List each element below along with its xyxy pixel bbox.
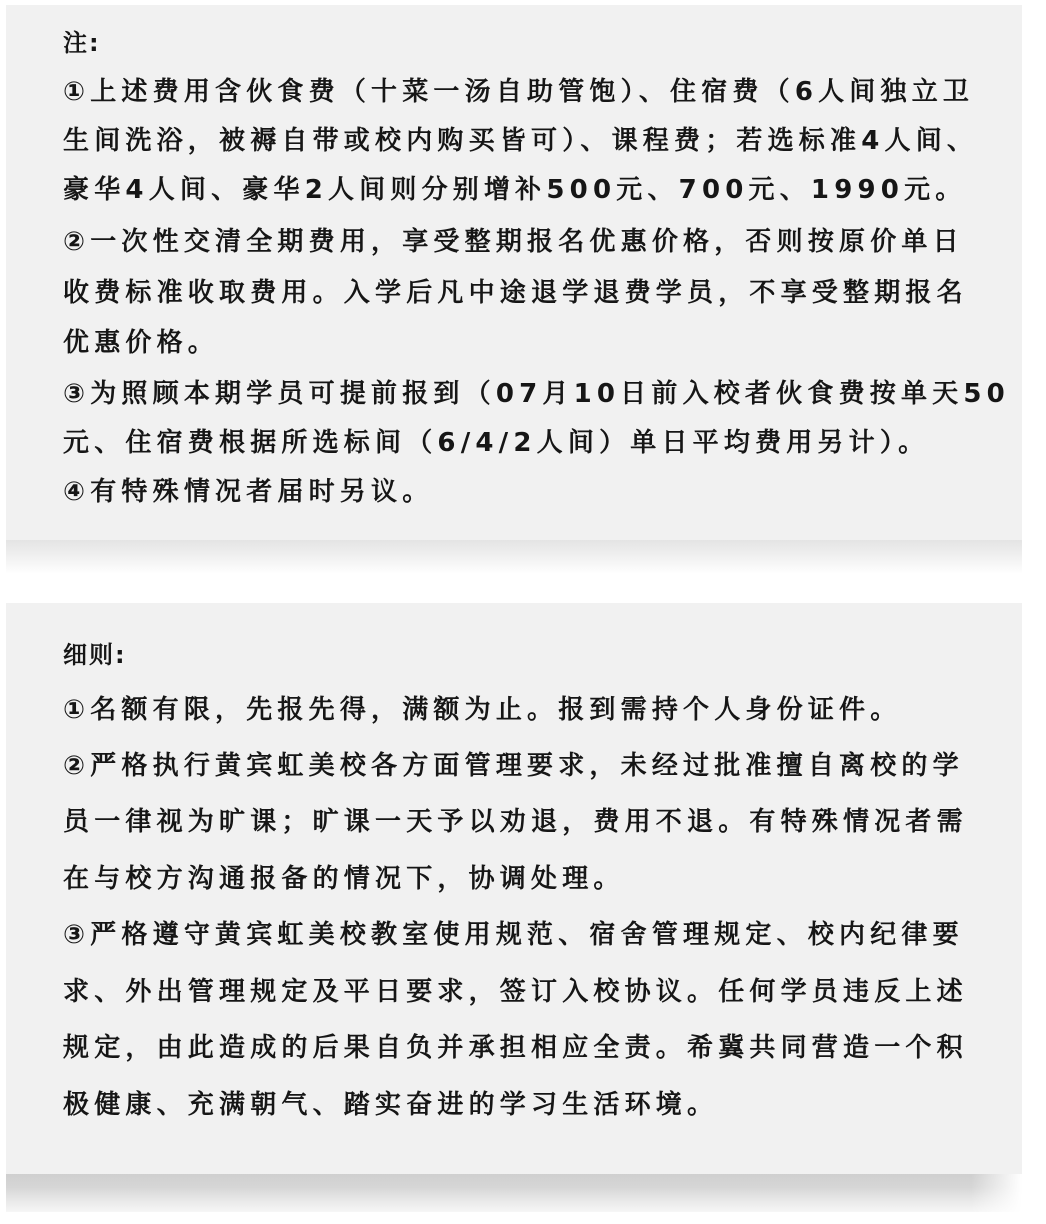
rules-line-2: ②严格执行黄宾虹美校各方面管理要求，未经过批准擅自离校的学 [63,749,964,783]
rules-line-5: ③严格遵守黄宾虹美校教室使用规范、宿舍管理规定、校内纪律要 [63,918,964,952]
rules-line-1: ①名额有限，先报先得，满额为止。报到需持个人身份证件。 [63,693,901,727]
rules-title: 细则: [63,638,127,672]
rules-line-6: 求、外出管理规定及平日要求，签订入校协议。任何学员违反上述 [63,975,968,1009]
notes-line-8: 元、住宿费根据所选标间（6/4/2人间）单日平均费用另计）。 [63,426,929,460]
rules-line-3: 员一律视为旷课；旷课一天予以劝退，费用不退。有特殊情况者需 [63,805,968,839]
notes-card-shadow [6,540,1022,574]
notes-line-6: 优惠价格。 [63,326,219,360]
rules-line-7: 规定，由此造成的后果自负并承担相应全责。希冀共同营造一个积 [63,1031,968,1065]
notes-line-7: ③为照顾本期学员可提前报到（07月10日前入校者伙食费按单天50 [63,377,1010,411]
notes-line-3: 豪华4人间、豪华2人间则分别增补500元、700元、1990元。 [63,173,967,207]
notes-line-1: ①上述费用含伙食费（十菜一汤自助管饱）、住宿费（6人间独立卫 [63,75,974,109]
notes-line-9: ④有特殊情况者届时另议。 [63,475,433,509]
rules-card-shadow [6,1174,1022,1212]
rules-line-8: 极健康、充满朝气、踏实奋进的学习生活环境。 [63,1088,718,1122]
notes-title: 注: [63,26,101,60]
notes-line-5: 收费标准收取费用。入学后凡中途退学退费学员，不享受整期报名 [63,276,968,310]
rules-card: 细则: ①名额有限，先报先得，满额为止。报到需持个人身份证件。 ②严格执行黄宾虹… [6,603,1022,1174]
notes-line-2: 生间洗浴，被褥自带或校内购买皆可）、课程费；若选标准4人间、 [63,124,978,158]
notes-line-4: ②一次性交清全期费用，享受整期报名优惠价格，否则按原价单日 [63,225,964,259]
notes-card: 注: ①上述费用含伙食费（十菜一汤自助管饱）、住宿费（6人间独立卫 生间洗浴，被… [6,5,1022,540]
rules-line-4: 在与校方沟通报备的情况下，协调处理。 [63,862,625,896]
